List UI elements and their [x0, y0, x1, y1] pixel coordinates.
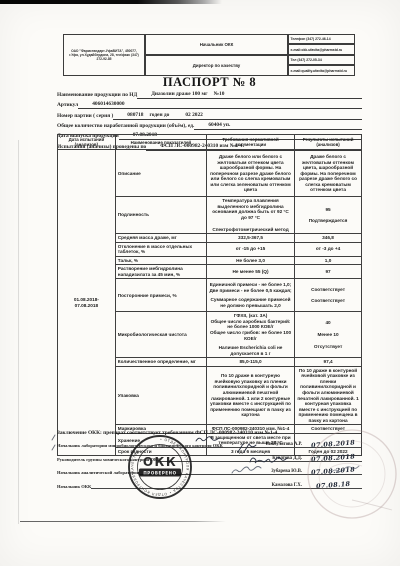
requirement-cell: ГФXII, (кат. 3А) Общее число аэробных ба… [206, 312, 294, 358]
requirement-cell: По 10 драже в контурную ячейковую упаков… [206, 366, 294, 424]
header-contact-table: ОАО "Фармстандарт-УфаВИТА", 450077, г.Уф… [63, 34, 355, 76]
scanned-passport-document: ОАО "Фармстандарт-УфаВИТА", 450077, г.Уф… [0, 0, 400, 566]
col-header-date: Дата испытаний (анализов) [58, 135, 116, 150]
requirement-cell: от -15 до +15 [206, 242, 294, 256]
checkmark-2 [52, 445, 55, 450]
indicator-cell: Тальк, % [115, 256, 206, 265]
requirement-cell: Не более 3,0 [206, 256, 294, 265]
field-article: Артикул 406014630000 [57, 102, 362, 109]
test-results-table: Дата испытаний (анализов) Наименование п… [57, 134, 362, 456]
indicator-cell: Микробиологическая чистота [115, 312, 206, 358]
requirement-cell: 332,5-367,5 [206, 234, 294, 243]
header-phone-1: Телефон (347) 272-46-14 [288, 34, 355, 44]
requirement-cell: Драже белого или белого с желтоватым отт… [206, 150, 294, 197]
handwritten-date: 07.08.2018 [311, 452, 355, 463]
result-cell: Драже белого с желтоватым оттенком цвета… [295, 150, 362, 197]
header-role-okk-chief: Начальник ОКК [145, 34, 288, 55]
result-cell: 40 Менее 10 Отсутствует [295, 312, 362, 358]
col-header-indicator: Наименование показателей [115, 135, 206, 150]
handwritten-date: 07.08.2018 [311, 438, 355, 449]
col-header-results: Результаты испытаний (анализов) [295, 135, 362, 150]
header-email-1: e-mail:okk.ufavita@pharmstd.ru [288, 44, 355, 55]
col-header-requirements: Требования нормативной документации [206, 135, 294, 150]
signature-line-chem-group-lead: Руководитель группы химического контроля… [57, 453, 362, 462]
requirement-cell: Температура плавления выделенного мебгид… [206, 197, 294, 234]
requirement-cell: 85,0-115,0 [206, 358, 294, 367]
indicator-cell: Посторонние примеси, % [115, 279, 206, 312]
requirement-cell: Не менее 55 (Q) [206, 265, 294, 279]
okk-conclusion: Заключение ОКК: препарат соответствует т… [57, 430, 362, 436]
handwritten-date: 07.08.18 [316, 480, 351, 490]
scan-artifact-fold-line [18, 140, 19, 524]
signature-line-micro-lab-head: Начальник лаборатории микробиологическог… [57, 439, 362, 448]
indicator-cell: Растворение мебгидролина нападизилата за… [115, 265, 206, 279]
indicator-cell: Подлинность [115, 197, 206, 234]
field-batch-number: Номер партии ( серия ) 080718 годен до 0… [57, 113, 362, 120]
result-cell: 97,4 [295, 358, 362, 367]
result-cell: 346,8 [295, 234, 362, 243]
company-info: ОАО "Фармстандарт-УфаВИТА", 450077, г.Уф… [63, 34, 145, 76]
scan-artifact-top-bar [0, 0, 222, 4]
handwritten-date: 07.08.2018 [311, 466, 355, 477]
indicator-cell: Упаковка [115, 366, 206, 424]
result-cell: от -3 до +4 [295, 242, 362, 256]
result-cell: 1,0 [295, 256, 362, 265]
header-phone-2: Тел (347) 272-05-34 [288, 55, 355, 65]
result-cell: СоответствуетСоответствует [295, 279, 362, 312]
conclusion-and-signatures: Заключение ОКК: препарат соответствует т… [57, 430, 362, 493]
indicator-cell: Количественное определение, мг [115, 358, 206, 367]
table-header-row: Дата испытаний (анализов) Наименование п… [58, 135, 362, 150]
scan-artifact-bottom-line [20, 521, 226, 522]
result-cell: 95Подтверждается [295, 197, 362, 234]
test-date-cell: 01.08.2018- 07.08.2018 [58, 150, 116, 456]
signature-line-analytical-lab-head: Начальник аналитической лаборатории Зуба… [57, 466, 362, 475]
indicator-cell: Описание [115, 150, 206, 197]
table-row: 01.08.2018- 07.08.2018 Описание Драже бе… [58, 150, 362, 197]
requirement-cell: Единичной примеси - не более 1,0; Две пр… [206, 279, 294, 312]
document-title: ПАСПОРТ № 8 [57, 75, 362, 90]
result-cell: 97 [295, 265, 362, 279]
field-total-quantity: Общее количество наработанной продукции … [57, 123, 362, 130]
indicator-cell: Отклонение в массе отдельных таблеток, % [115, 242, 206, 256]
checkmark-1 [52, 435, 55, 440]
indicator-cell: Средняя масса драже, мг [115, 234, 206, 243]
result-cell: По 10 драже в контурной ячейковой упаков… [295, 366, 362, 424]
signature-line-okk-head: Начальник ОКК Камалова Г.Х. 07.08.18 [57, 480, 362, 489]
header-role-quality-director: Директор по качеству [145, 55, 288, 76]
field-product-name: Наименование продукции по НД Диазолин др… [57, 92, 362, 99]
